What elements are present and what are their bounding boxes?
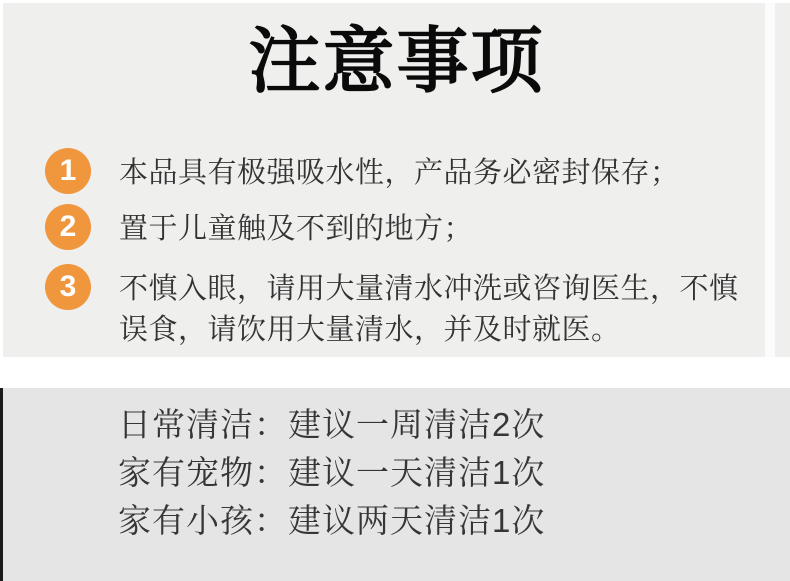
precaution-text-1: 本品具有极强吸水性，产品务必密封保存； — [119, 148, 680, 194]
page-title: 注意事项 — [3, 20, 790, 104]
item-number-badge-3: 3 — [45, 264, 91, 310]
item-number-badge-1: 1 — [45, 148, 91, 194]
precautions-panel: 注意事项 1 本品具有极强吸水性，产品务必密封保存； 2 置于儿童触及不到的地方… — [3, 3, 790, 357]
precaution-text-3: 不慎入眼，请用大量清水冲洗或咨询医生，不慎误食，请饮用大量清水，并及时就医。 — [119, 264, 760, 351]
cleaning-guide-list: 日常清洁：建议一周清洁2次 家有宠物：建议一天清洁1次 家有小孩：建议两天清洁1… — [118, 401, 545, 545]
section-divider — [0, 357, 790, 388]
cleaning-guide-line-daily: 日常清洁：建议一周清洁2次 — [118, 401, 545, 449]
precaution-text-2: 置于儿童触及不到的地方； — [119, 204, 473, 250]
product-detail-page: 注意事项 1 本品具有极强吸水性，产品务必密封保存； 2 置于儿童触及不到的地方… — [0, 0, 790, 581]
precaution-item-1: 1 本品具有极强吸水性，产品务必密封保存； — [45, 148, 760, 194]
cleaning-guide-line-pets: 家有宠物：建议一天清洁1次 — [118, 449, 545, 497]
cleaning-guide-panel: 日常清洁：建议一周清洁2次 家有宠物：建议一天清洁1次 家有小孩：建议两天清洁1… — [0, 388, 790, 581]
item-number-badge-2: 2 — [45, 204, 91, 250]
precaution-item-2: 2 置于儿童触及不到的地方； — [45, 204, 760, 250]
precaution-item-3: 3 不慎入眼，请用大量清水冲洗或咨询医生，不慎误食，请饮用大量清水，并及时就医。 — [45, 264, 760, 351]
cleaning-guide-line-children: 家有小孩：建议两天清洁1次 — [118, 497, 545, 545]
